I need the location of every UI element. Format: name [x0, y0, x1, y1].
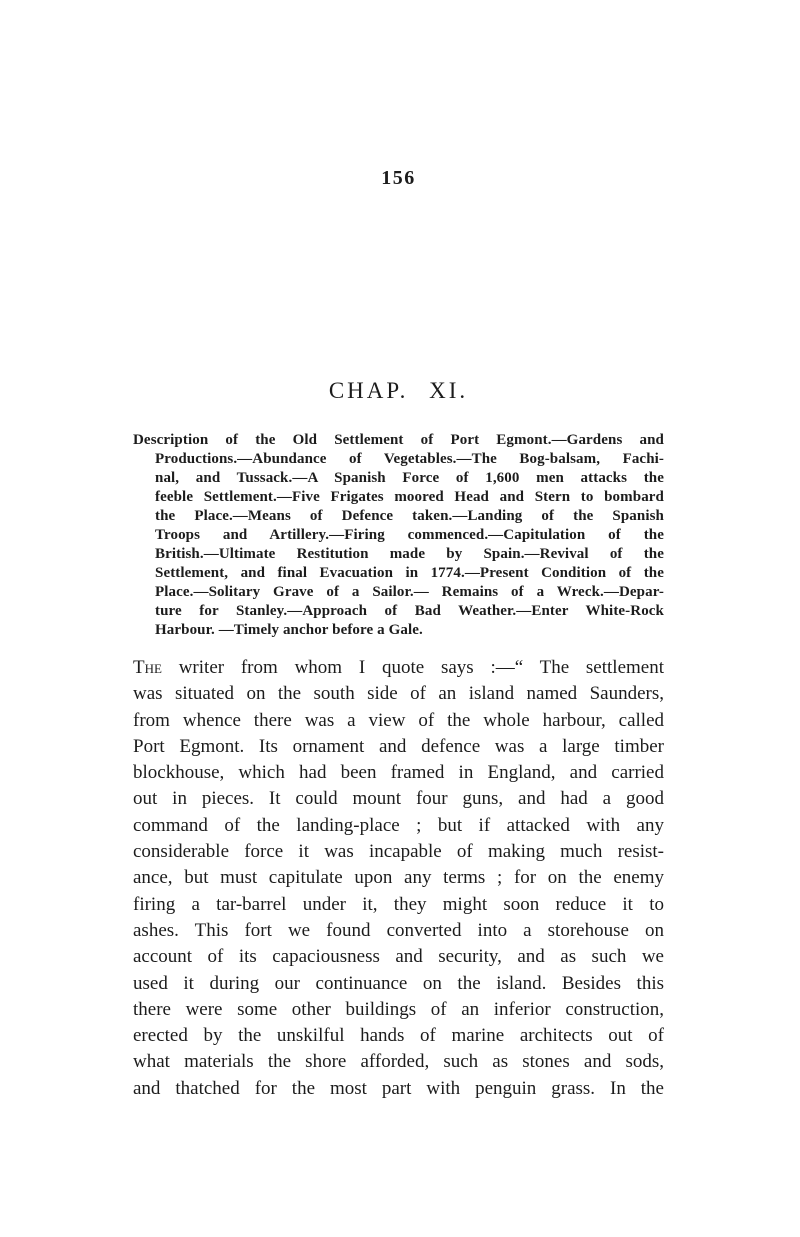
- body-line: was situated on the south side of an isl…: [133, 681, 664, 707]
- body-line: blockhouse, which had been framed in Eng…: [133, 760, 664, 786]
- summary-line: Settlement, and final Evacuation in 1774…: [133, 564, 664, 583]
- summary-line: Troops and Artillery.—Firing commenced.—…: [133, 526, 664, 545]
- body-line: firing a tar-barrel under it, they might…: [133, 892, 664, 918]
- page-number: 156: [133, 167, 664, 190]
- body-line: what materials the shore afforded, such …: [133, 1049, 664, 1075]
- summary-line: ture for Stanley.—Approach of Bad Weathe…: [133, 602, 664, 621]
- body-line: erected by the unskilful hands of marine…: [133, 1023, 664, 1049]
- body-line: The writer from whom I quote says :—“ Th…: [133, 655, 664, 681]
- summary-line: nal, and Tussack.—A Spanish Force of 1,6…: [133, 469, 664, 488]
- body-line: account of its capaciousness and securit…: [133, 944, 664, 970]
- body-line: there were some other buildings of an in…: [133, 997, 664, 1023]
- summary-line: British.—Ultimate Restitution made by Sp…: [133, 545, 664, 564]
- chapter-heading: CHAP. XI.: [133, 378, 664, 404]
- summary-line: Description of the Old Settlement of Por…: [133, 431, 664, 450]
- body-line: ashes. This fort we found converted into…: [133, 918, 664, 944]
- body-line: used it during our continuance on the is…: [133, 971, 664, 997]
- lead-word: The: [133, 657, 162, 678]
- summary-line: the Place.—Means of Defence taken.—Landi…: [133, 507, 664, 526]
- body-line: out in pieces. It could mount four guns,…: [133, 786, 664, 812]
- summary-line: Harbour. —Timely anchor before a Gale.: [133, 621, 664, 640]
- summary-line: feeble Settlement.—Five Frigates moored …: [133, 488, 664, 507]
- body-line: ance, but must capitulate upon any terms…: [133, 865, 664, 891]
- book-page: 156 CHAP. XI. Description of the Old Set…: [0, 0, 800, 1237]
- body-line: command of the landing-place ; but if at…: [133, 813, 664, 839]
- body-line-rest: writer from whom I quote says :—“ The se…: [162, 657, 664, 678]
- chapter-summary: Description of the Old Settlement of Por…: [133, 431, 664, 640]
- summary-line: Place.—Solitary Grave of a Sailor.— Rema…: [133, 583, 664, 602]
- body-line: from whence there was a view of the whol…: [133, 708, 664, 734]
- summary-line: Productions.—Abundance of Vegetables.—Th…: [133, 450, 664, 469]
- body-line: Port Egmont. Its ornament and defence wa…: [133, 734, 664, 760]
- body-line: considerable force it was incapable of m…: [133, 839, 664, 865]
- body-line: and thatched for the most part with peng…: [133, 1076, 664, 1102]
- body-text: The writer from whom I quote says :—“ Th…: [133, 655, 664, 1102]
